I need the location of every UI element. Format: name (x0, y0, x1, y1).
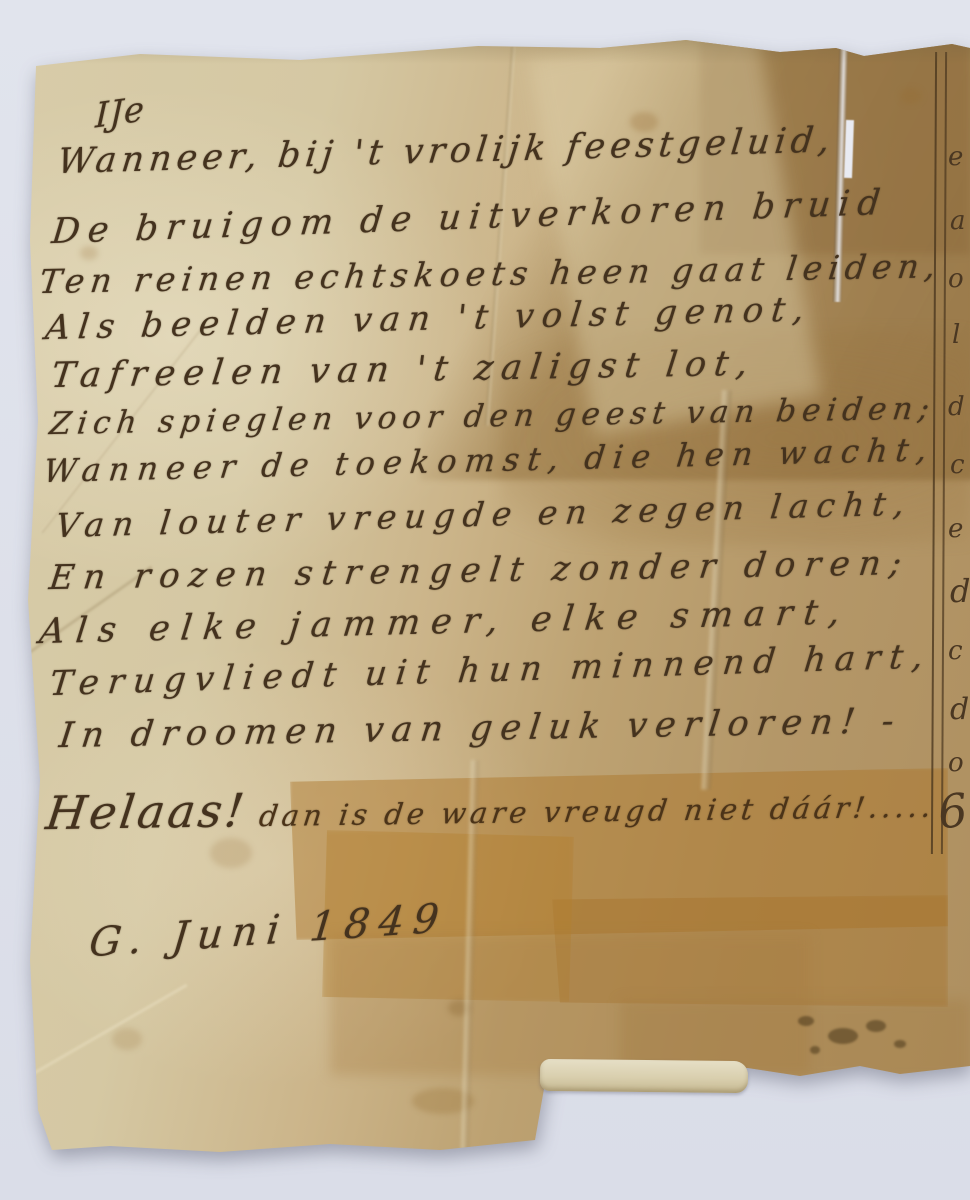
poem-line-9: En rozen strengelt zonder doren; (47, 543, 913, 598)
fox-spot (448, 1000, 470, 1016)
poem-line-5: Tafreelen van 't zaligst lot, (49, 344, 758, 396)
closing-line-rest: dan is de ware vreugd niet dáár!..... (257, 790, 937, 833)
fox-spot (210, 838, 252, 868)
margin-fragment: c (950, 450, 965, 480)
margin-fragment: o (948, 748, 964, 778)
fox-spot (900, 88, 922, 104)
margin-fragment: a (950, 206, 966, 236)
fox-spot (412, 1088, 474, 1114)
margin-fragment: 6 (935, 783, 970, 840)
paper-wrapper: IJe Wanneer, bij 't vrolijk feestgeluid,… (0, 0, 970, 1200)
margin-fragment: c (948, 636, 963, 666)
margin-fragment: e (948, 142, 963, 172)
flourish-mark: IJe (95, 89, 146, 137)
photo-of-letter: IJe Wanneer, bij 't vrolijk feestgeluid,… (0, 0, 970, 1200)
stain-patch (330, 935, 810, 1075)
ink-speck (866, 1020, 886, 1032)
margin-fragment: e (948, 514, 963, 544)
date-line: G. Juni 1849 (87, 895, 450, 966)
paper-sheet: IJe Wanneer, bij 't vrolijk feestgeluid,… (0, 0, 970, 1200)
fold-hem (540, 1059, 748, 1093)
margin-fragment: d (950, 692, 969, 727)
poem-line-8: Van louter vreugde en zegen lacht, (54, 484, 915, 546)
tear-gap (844, 120, 854, 178)
ink-speck (810, 1046, 820, 1054)
stain-patch-amber-band (552, 895, 948, 1007)
crease-line (0, 984, 188, 1097)
margin-fragment: o (948, 264, 964, 294)
paper-edge-shading (0, 38, 970, 64)
margin-fragment: d (948, 392, 965, 422)
poem-line-2: De bruigom de uitverkoren bruid (50, 183, 890, 252)
poem-line-12: In droomen van geluk verloren! - (57, 701, 904, 756)
poem-line-1: Wanneer, bij 't vrolijk feestgeluid, (55, 120, 836, 182)
margin-fragment: l (952, 320, 960, 350)
closing-line-lead: Helaas! (43, 783, 250, 840)
fox-spot (112, 1028, 142, 1050)
closing-line: Helaas! dan is de ware vreugd niet dáár!… (43, 774, 939, 841)
ink-speck (798, 1016, 814, 1026)
margin-fragment: d (950, 572, 970, 610)
ink-speck (828, 1028, 858, 1044)
ink-speck (894, 1040, 906, 1048)
